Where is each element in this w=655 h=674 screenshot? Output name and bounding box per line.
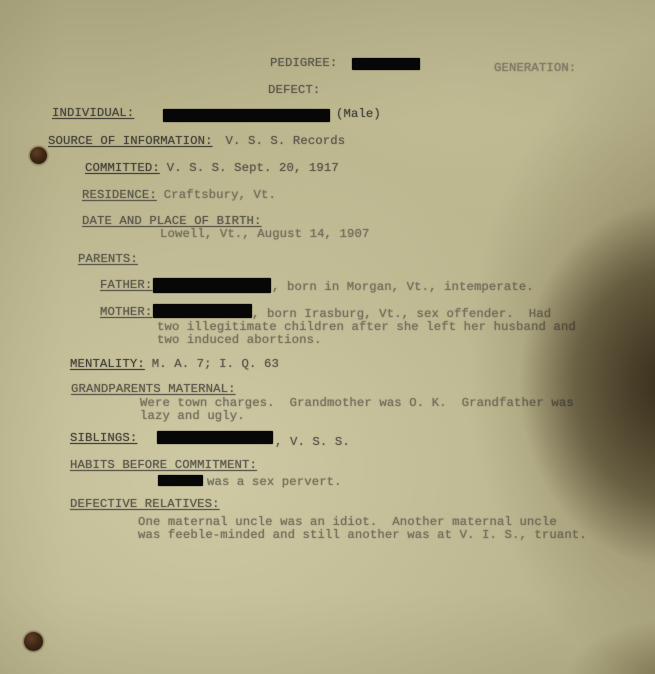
mentality-value: M. A. 7; I. Q. 63 <box>152 357 279 371</box>
birth-value: Lowell, Vt., August 14, 1907 <box>160 228 369 241</box>
residence-value: Craftsbury, Vt. <box>164 188 276 202</box>
mentality-row: MENTALITY:M. A. 7; I. Q. 63 <box>70 358 279 371</box>
habits-redaction <box>158 475 203 486</box>
siblings-text: , V. S. S. <box>275 436 350 449</box>
parents-label: PARENTS: <box>78 253 138 266</box>
siblings-redaction <box>157 431 273 444</box>
siblings-label: SIBLINGS: <box>70 432 137 445</box>
hole-punch-top <box>30 147 47 164</box>
mother-text-3: two induced abortions. <box>157 334 322 347</box>
father-label: FATHER: <box>100 279 152 292</box>
mother-redaction <box>153 304 252 318</box>
individual-label: INDIVIDUAL: <box>52 107 134 120</box>
photo-shadow-overlay <box>0 0 655 674</box>
hole-punch-bottom <box>24 632 43 651</box>
habits-text: was a sex pervert. <box>207 476 342 489</box>
grandparents-maternal-text-2: lazy and ugly. <box>140 410 245 423</box>
source-value: V. S. S. Records <box>226 134 346 148</box>
individual-redaction <box>163 109 330 122</box>
mentality-label: MENTALITY: <box>70 357 145 371</box>
defect-label: DEFECT: <box>268 84 320 97</box>
generation-label: GENERATION: <box>494 62 576 75</box>
pedigree-redaction <box>352 58 420 70</box>
residence-label: RESIDENCE: <box>82 188 157 202</box>
habits-label: HABITS BEFORE COMMITMENT: <box>70 459 257 472</box>
committed-row: COMMITTED:V. S. S. Sept. 20, 1917 <box>85 162 339 175</box>
source-label: SOURCE OF INFORMATION: <box>48 134 213 148</box>
committed-value: V. S. S. Sept. 20, 1917 <box>167 161 339 175</box>
father-redaction <box>153 278 271 293</box>
defective-relatives-label: DEFECTIVE RELATIVES: <box>70 498 220 511</box>
committed-label: COMMITTED: <box>85 161 160 175</box>
document-page: PEDIGREE: GENERATION: DEFECT: INDIVIDUAL… <box>0 0 655 674</box>
mother-label: MOTHER: <box>100 306 152 319</box>
father-text: , born in Morgan, Vt., intemperate. <box>272 281 534 294</box>
defective-relatives-text-2: was feeble-minded and still another was … <box>138 529 587 542</box>
individual-sex: (Male) <box>336 108 381 121</box>
grandparents-maternal-label: GRANDPARENTS MATERNAL: <box>71 383 236 396</box>
source-row: SOURCE OF INFORMATION:V. S. S. Records <box>48 135 345 148</box>
pedigree-label: PEDIGREE: <box>270 57 337 70</box>
residence-row: RESIDENCE:Craftsbury, Vt. <box>82 189 276 202</box>
